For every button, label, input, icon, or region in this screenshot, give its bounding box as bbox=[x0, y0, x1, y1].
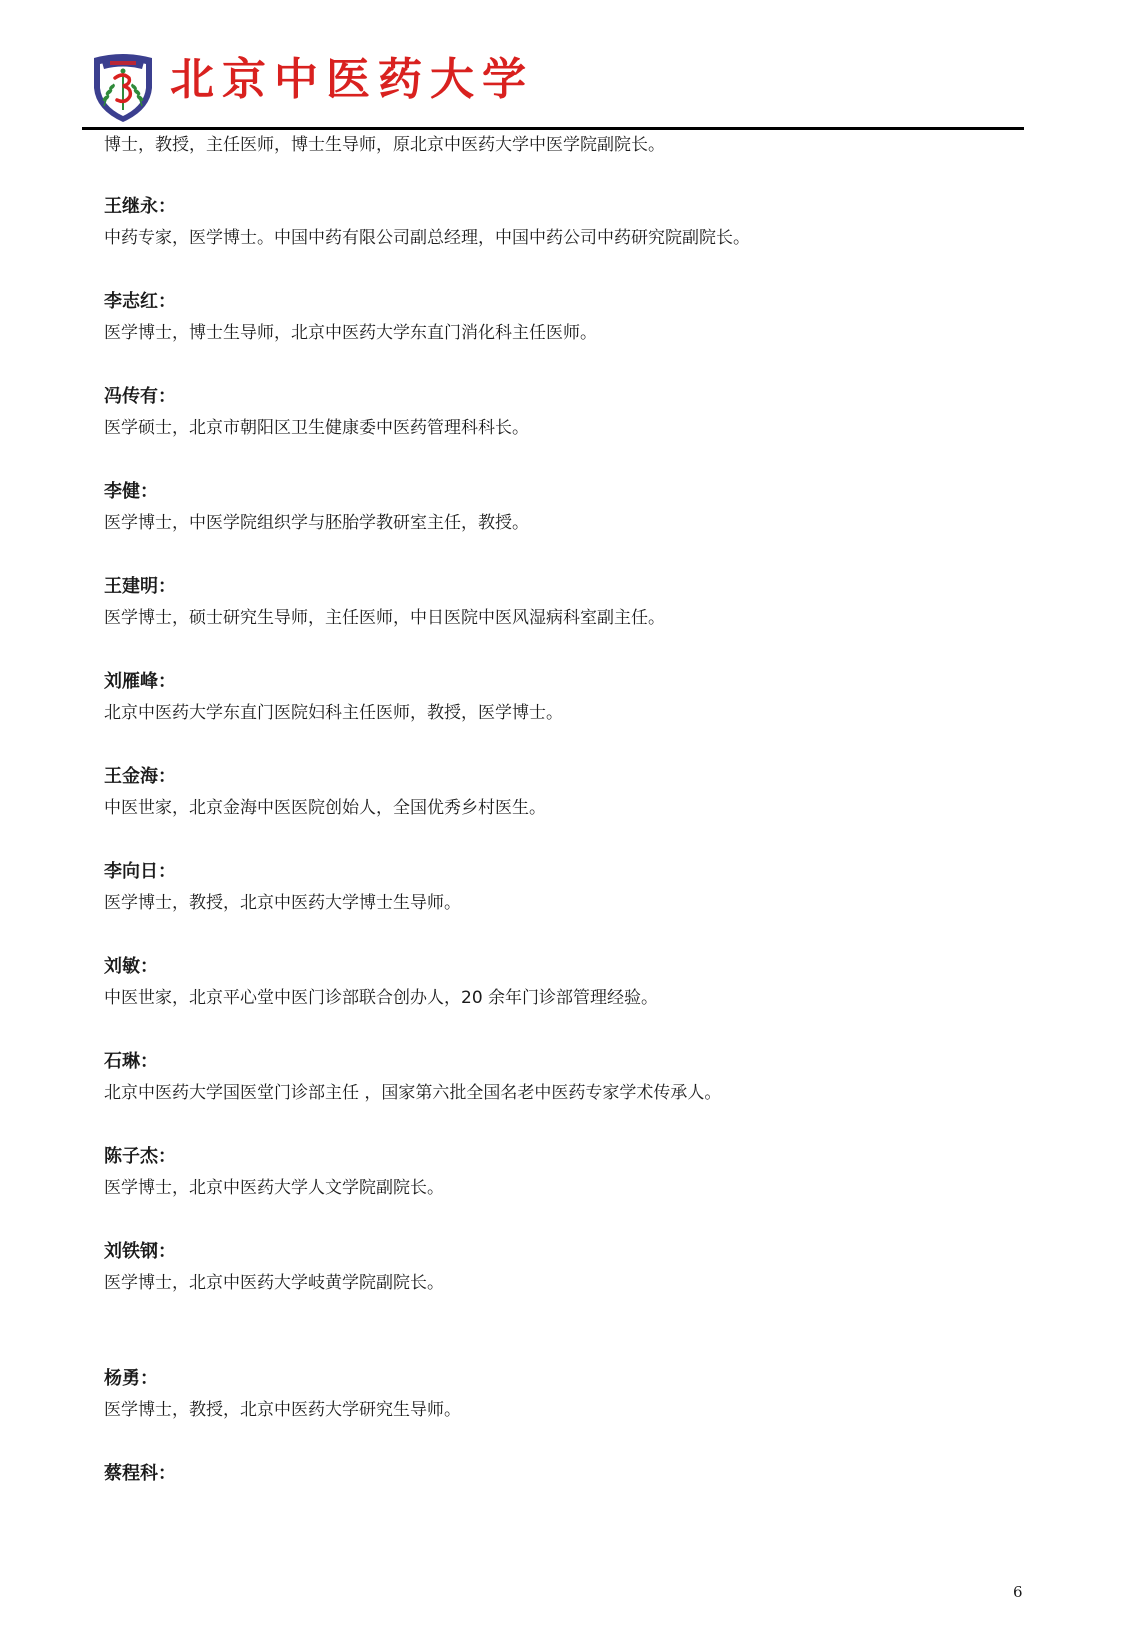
bio-entry: 陈子杰： 医学博士，北京中医药大学人文学院副院长。 bbox=[104, 1144, 1004, 1201]
bio-entry: 刘铁钢： 医学博士，北京中医药大学岐黄学院副院长。 bbox=[104, 1239, 1004, 1296]
person-name: 王建明： bbox=[104, 574, 1004, 600]
person-description: 医学博士，硕士研究生导师，主任医师，中日医院中医风湿病科室副主任。 bbox=[104, 605, 1004, 631]
intro-paragraph: 博士，教授，主任医师，博士生导师，原北京中医药大学中医学院副院长。 bbox=[104, 132, 1004, 158]
bio-entry: 李向日： 医学博士，教授，北京中医药大学博士生导师。 bbox=[104, 859, 1004, 916]
person-description: 医学博士，教授，北京中医药大学博士生导师。 bbox=[104, 890, 1004, 916]
person-description: 医学博士，北京中医药大学岐黄学院副院长。 bbox=[104, 1270, 1004, 1296]
person-name: 李志红： bbox=[104, 289, 1004, 315]
person-name: 刘铁钢： bbox=[104, 1239, 1004, 1265]
bio-entry: 李志红： 医学博士，博士生导师，北京中医药大学东直门消化科主任医师。 bbox=[104, 289, 1004, 346]
person-description: 医学硕士，北京市朝阳区卫生健康委中医药管理科科长。 bbox=[104, 415, 1004, 441]
university-name: 北京中医药大学 bbox=[170, 52, 534, 108]
person-name: 蔡程科： bbox=[104, 1461, 1004, 1487]
person-name: 刘敏： bbox=[104, 954, 1004, 980]
bio-entry: 王继永： 中药专家，医学博士。中国中药有限公司副总经理，中国中药公司中药研究院副… bbox=[104, 194, 1004, 251]
person-description: 北京中医药大学国医堂门诊部主任 ，国家第六批全国名老中医药专家学术传承人。 bbox=[104, 1080, 1004, 1106]
page-header: 北京中医药大学 bbox=[90, 44, 1030, 120]
person-name: 陈子杰： bbox=[104, 1144, 1004, 1170]
bio-entry: 刘敏： 中医世家，北京平心堂中医门诊部联合创办人，20 余年门诊部管理经验。 bbox=[104, 954, 1004, 1011]
person-name: 王继永： bbox=[104, 194, 1004, 220]
bio-entry: 冯传有： 医学硕士，北京市朝阳区卫生健康委中医药管理科科长。 bbox=[104, 384, 1004, 441]
university-shield-emblem-icon bbox=[90, 48, 156, 124]
person-name: 李健： bbox=[104, 479, 1004, 505]
person-name: 刘雁峰： bbox=[104, 669, 1004, 695]
document-body: 博士，教授，主任医师，博士生导师，原北京中医药大学中医学院副院长。 王继永： 中… bbox=[104, 130, 1004, 158]
person-description: 医学博士，博士生导师，北京中医药大学东直门消化科主任医师。 bbox=[104, 320, 1004, 346]
bio-entry: 蔡程科： bbox=[104, 1461, 1004, 1492]
bio-entry: 李健： 医学博士，中医学院组织学与胚胎学教研室主任，教授。 bbox=[104, 479, 1004, 536]
person-description: 中药专家，医学博士。中国中药有限公司副总经理，中国中药公司中药研究院副院长。 bbox=[104, 225, 1004, 251]
person-name: 杨勇： bbox=[104, 1366, 1004, 1392]
person-description: 中医世家，北京平心堂中医门诊部联合创办人，20 余年门诊部管理经验。 bbox=[104, 985, 1004, 1011]
bio-entry: 刘雁峰： 北京中医药大学东直门医院妇科主任医师，教授，医学博士。 bbox=[104, 669, 1004, 726]
page-number: 6 bbox=[1013, 1583, 1023, 1601]
bio-entry: 杨勇： 医学博士，教授，北京中医药大学研究生导师。 bbox=[104, 1366, 1004, 1423]
bio-entry: 王建明： 医学博士，硕士研究生导师，主任医师，中日医院中医风湿病科室副主任。 bbox=[104, 574, 1004, 631]
bio-entry: 石琳： 北京中医药大学国医堂门诊部主任 ，国家第六批全国名老中医药专家学术传承人… bbox=[104, 1049, 1004, 1106]
person-description: 北京中医药大学东直门医院妇科主任医师，教授，医学博士。 bbox=[104, 700, 1004, 726]
person-description: 医学博士，教授，北京中医药大学研究生导师。 bbox=[104, 1397, 1004, 1423]
person-description: 中医世家，北京金海中医医院创始人，全国优秀乡村医生。 bbox=[104, 795, 1004, 821]
person-name: 王金海： bbox=[104, 764, 1004, 790]
person-name: 冯传有： bbox=[104, 384, 1004, 410]
person-description: 医学博士，中医学院组织学与胚胎学教研室主任，教授。 bbox=[104, 510, 1004, 536]
person-description: 医学博士，北京中医药大学人文学院副院长。 bbox=[104, 1175, 1004, 1201]
bio-entry: 王金海： 中医世家，北京金海中医医院创始人，全国优秀乡村医生。 bbox=[104, 764, 1004, 821]
person-name: 李向日： bbox=[104, 859, 1004, 885]
person-name: 石琳： bbox=[104, 1049, 1004, 1075]
